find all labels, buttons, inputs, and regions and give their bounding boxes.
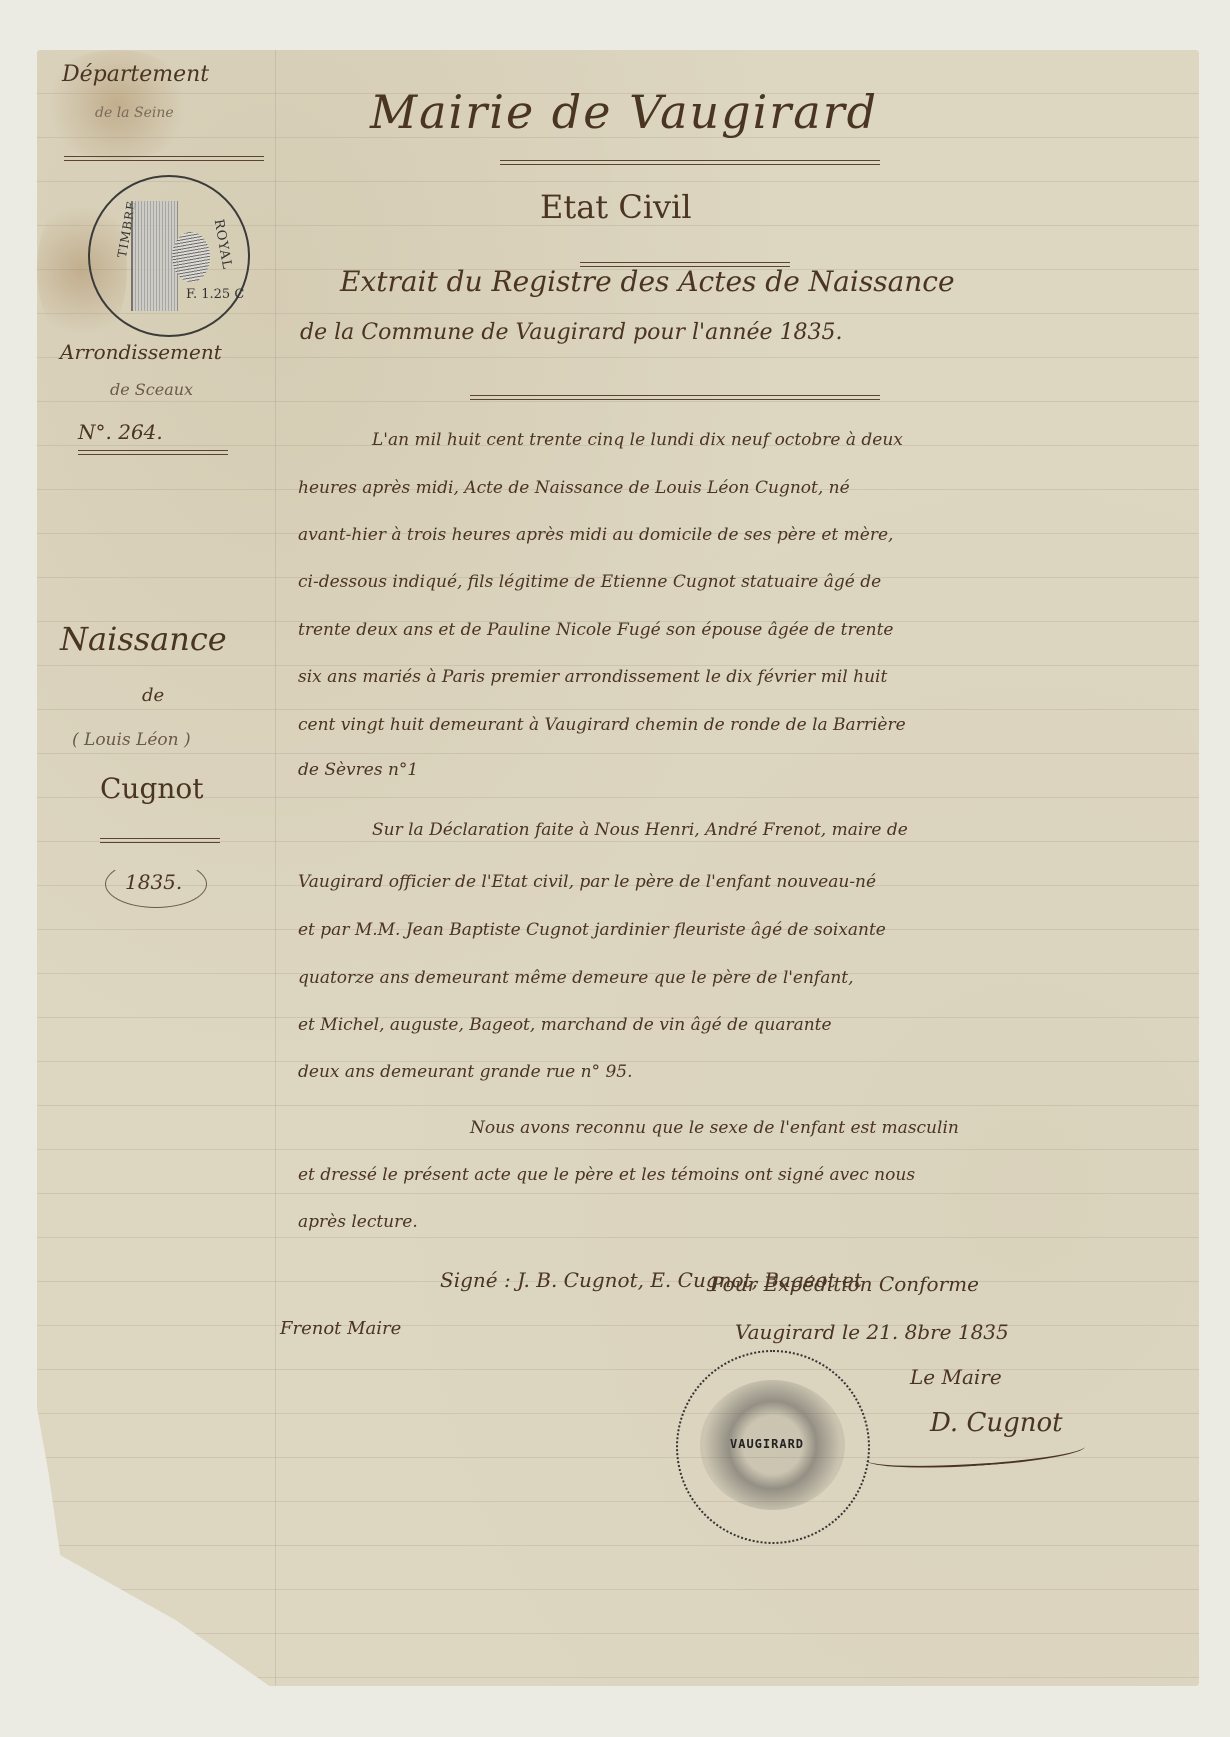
body-line: ci-dessous indiqué, fils légitime de Eti… <box>298 572 881 592</box>
body-line: avant-hier à trois heures après midi au … <box>298 525 893 545</box>
departement-label: Département <box>62 62 209 87</box>
mayor-signature: D. Cugnot <box>930 1408 1063 1438</box>
body-line: de Sèvres n°1 <box>298 760 418 780</box>
section-heading: Etat Civil <box>540 188 692 226</box>
body-line: après lecture. <box>298 1212 418 1232</box>
record-number: N°. 264. <box>78 420 163 444</box>
margin-year: 1835. <box>125 870 182 894</box>
margin-de: de <box>142 685 164 706</box>
body-line: heures après midi, Acte de Naissance de … <box>298 478 850 498</box>
extract-underline <box>470 395 880 400</box>
arrondissement-name: de Sceaux <box>110 380 193 399</box>
revenue-stamp-price: F. 1.25 C <box>186 287 244 302</box>
body-line: six ans mariés à Paris premier arrondiss… <box>298 667 887 687</box>
extract-title-line1: Extrait du Registre des Actes de Naissan… <box>340 265 955 298</box>
body-line: cent vingt huit demeurant à Vaugirard ch… <box>298 715 906 735</box>
certification-line: Pour Expédition Conforme <box>710 1272 979 1296</box>
arrondissement-label: Arrondissement <box>60 340 222 364</box>
departement-name: de la Seine <box>95 105 174 121</box>
surname-underline <box>100 838 220 843</box>
body-line: et Michel, auguste, Bageot, marchand de … <box>298 1015 832 1035</box>
number-underline <box>78 450 228 455</box>
margin-heading-naissance: Naissance <box>60 620 227 658</box>
body-line: Vaugirard officier de l'Etat civil, par … <box>298 872 876 892</box>
child-surname: Cugnot <box>100 772 204 805</box>
revenue-stamp-right-text: ROYAL <box>211 218 235 271</box>
shield-icon <box>172 232 210 282</box>
body-line: quatorze ans demeurant même demeure que … <box>298 968 854 988</box>
body-line: et dressé le présent acte que le père et… <box>298 1165 915 1185</box>
body-line: trente deux ans et de Pauline Nicole Fug… <box>298 620 893 640</box>
departement-underline <box>64 156 264 161</box>
official-ink-stamp: VAUGIRARD <box>676 1350 870 1544</box>
signatures-line: Frenot Maire <box>280 1318 401 1339</box>
body-line: Sur la Déclaration faite à Nous Henri, A… <box>372 820 908 840</box>
extract-title-line2: de la Commune de Vaugirard pour l'année … <box>300 320 843 345</box>
document-title: Mairie de Vaugirard <box>370 85 878 139</box>
margin-rule <box>275 50 276 1686</box>
revenue-stamp: TIMBRE ROYAL F. 1.25 C <box>88 175 250 337</box>
body-line: deux ans demeurant grande rue n° 95. <box>298 1062 632 1082</box>
allegorical-figure-icon <box>131 201 178 311</box>
certification-date: Vaugirard le 21. 8bre 1835 <box>735 1320 1009 1344</box>
title-underline <box>500 160 880 165</box>
child-given-names: ( Louis Léon ) <box>72 730 191 750</box>
body-line: L'an mil huit cent trente cinq le lundi … <box>372 430 903 450</box>
body-line: Nous avons reconnu que le sexe de l'enfa… <box>470 1118 959 1138</box>
stamp-label: VAUGIRARD <box>730 1437 804 1451</box>
certification-mayor-label: Le Maire <box>910 1365 1002 1389</box>
body-line: et par M.M. Jean Baptiste Cugnot jardini… <box>298 920 886 940</box>
